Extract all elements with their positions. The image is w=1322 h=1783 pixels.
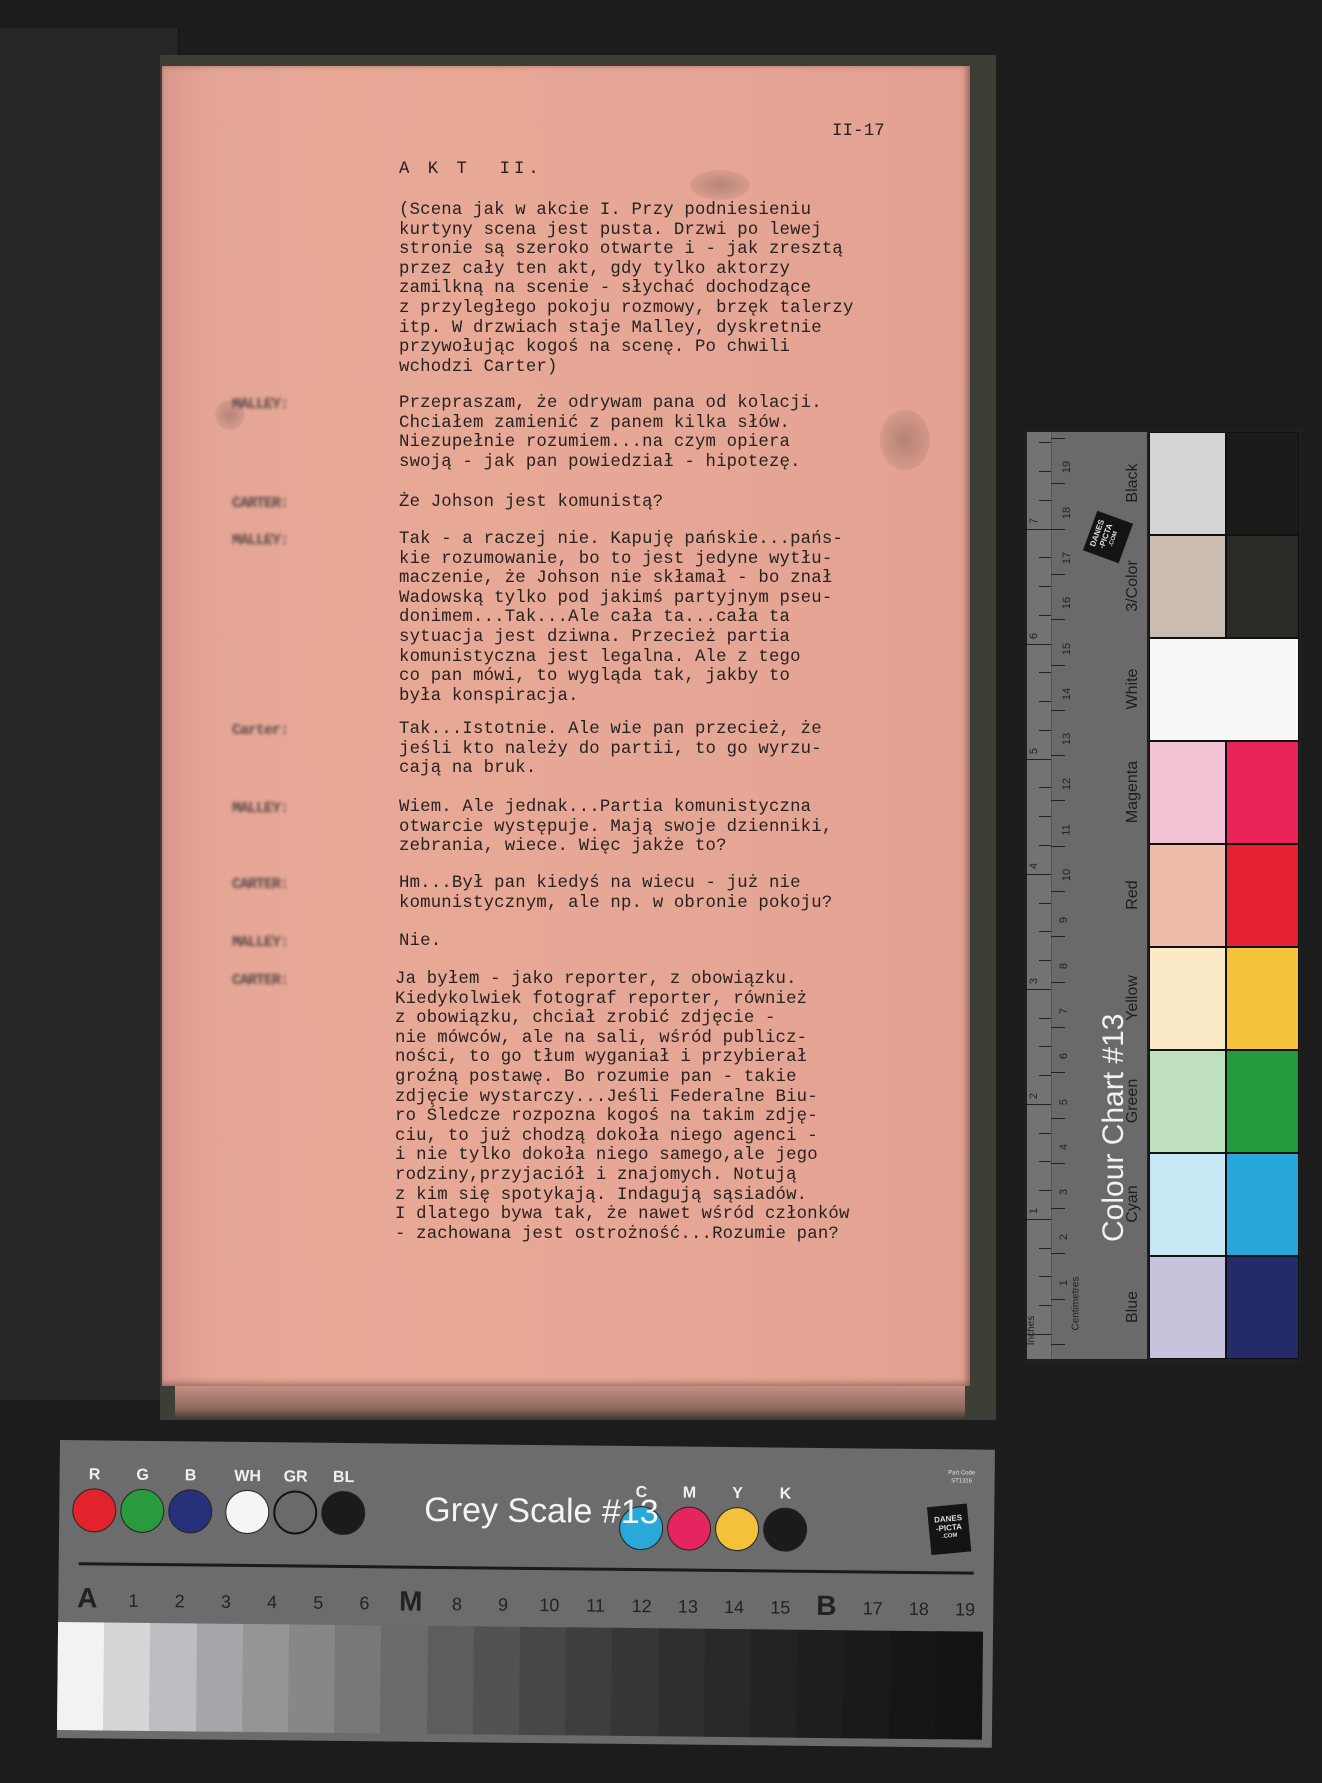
colour-row-label: Green <box>1124 1061 1142 1141</box>
divider-rule <box>79 1562 974 1574</box>
step-label: 11 <box>572 1595 618 1616</box>
colour-row-label: Yellow <box>1124 958 1142 1038</box>
dialogue-line: Tak...Istotnie. Ale wie pan przecież, że… <box>399 720 822 779</box>
dialogue-line: Ja byłem - jako reporter, z obowiązku. K… <box>395 970 850 1244</box>
inch-tick <box>1027 759 1051 760</box>
cm-tick <box>1051 982 1065 983</box>
colour-dot <box>321 1491 365 1535</box>
inch-tick <box>1039 471 1051 472</box>
cm-tick <box>1051 1344 1065 1345</box>
part-code: Part Code ST1316 <box>937 1469 987 1486</box>
cm-tick <box>1051 891 1065 892</box>
cm-tick <box>1051 1072 1065 1073</box>
inch-tick <box>1039 787 1051 788</box>
cm-tick-label: 1 <box>1058 1280 1070 1286</box>
colour-swatch-dark <box>1226 947 1299 1050</box>
colour-swatch-dark <box>1226 1153 1299 1256</box>
dot-label: K <box>763 1485 807 1503</box>
cm-tick <box>1051 438 1065 439</box>
colour-dot <box>72 1488 116 1532</box>
inch-tick <box>1039 730 1051 731</box>
cm-tick-label: 15 <box>1061 642 1073 654</box>
inch-tick <box>1027 644 1051 645</box>
inch-tick <box>1039 1248 1051 1249</box>
inch-tick-label: 6 <box>1028 633 1040 639</box>
grey-scale-card: RGBWHGRBLCMYK Grey Scale #13 Part Code S… <box>57 1440 995 1748</box>
cm-tick-label: 3 <box>1058 1189 1070 1195</box>
step-label: 14 <box>711 1597 757 1618</box>
cm-tick <box>1051 755 1065 756</box>
grey-step-patch <box>611 1628 659 1736</box>
colour-swatch-light <box>1149 1153 1226 1256</box>
speaker-label: Carter: <box>232 722 288 739</box>
inch-tick <box>1039 615 1051 616</box>
step-label: 9 <box>480 1594 526 1615</box>
dialogue-line: Przepraszam, że odrywam pana od kolacji.… <box>399 394 822 472</box>
grey-step-patch <box>889 1631 937 1739</box>
inch-tick <box>1027 1104 1051 1105</box>
grey-step-patch <box>427 1626 475 1734</box>
speaker-label: CARTER: <box>232 495 288 512</box>
dialogue-line: Że Johson jest komunistą? <box>399 493 663 513</box>
book-binding <box>0 28 179 1400</box>
page-edge <box>175 1386 965 1418</box>
grey-step-patch <box>149 1623 197 1731</box>
inch-tick <box>1039 1046 1051 1047</box>
inch-tick <box>1039 557 1051 558</box>
cm-tick <box>1051 529 1065 530</box>
inch-tick <box>1027 989 1051 990</box>
cm-tick-label: 5 <box>1058 1098 1070 1104</box>
ink-smudge <box>880 410 930 470</box>
step-label: 4 <box>249 1592 295 1613</box>
cm-tick-label: 7 <box>1058 1008 1070 1014</box>
cm-tick-label: 16 <box>1061 597 1073 609</box>
step-label: 6 <box>341 1593 387 1614</box>
cm-tick-label: 2 <box>1058 1234 1070 1240</box>
grey-step-patch <box>750 1629 798 1737</box>
inch-tick <box>1039 931 1051 932</box>
stage-direction: (Scena jak w akcie I. Przy podniesieniu … <box>399 201 854 377</box>
cm-tick-label: 10 <box>1061 869 1073 881</box>
cm-tick-label: 9 <box>1058 917 1070 923</box>
colour-dot <box>715 1507 759 1551</box>
cm-tick-label: 17 <box>1061 552 1073 564</box>
cm-tick <box>1051 1027 1065 1028</box>
dialogue-line: Nie. <box>399 932 441 952</box>
colour-swatch-dark <box>1226 741 1299 844</box>
inch-tick <box>1039 1133 1051 1134</box>
inch-tick-label: 2 <box>1028 1093 1040 1099</box>
cm-tick-label: 12 <box>1061 778 1073 790</box>
inch-tick-label: 3 <box>1028 978 1040 984</box>
colour-swatch-light <box>1149 844 1226 947</box>
colour-dot <box>667 1506 711 1550</box>
inch-tick <box>1039 903 1051 904</box>
grey-step-patch <box>380 1625 428 1733</box>
grey-step-patch <box>658 1628 706 1736</box>
inches-label: Inches <box>1026 1316 1037 1345</box>
colour-row-label: Cyan <box>1124 1164 1142 1244</box>
dialogue-line: Wiem. Ale jednak...Partia komunistyczna … <box>399 798 832 857</box>
inch-tick <box>1027 874 1051 875</box>
cm-tick-label: 11 <box>1061 824 1073 835</box>
inch-tick-label: 7 <box>1028 518 1040 524</box>
inch-tick <box>1027 529 1051 530</box>
grey-step-patch <box>103 1622 151 1730</box>
cm-tick-label: 18 <box>1061 506 1073 518</box>
colour-swatch-dark <box>1226 535 1299 638</box>
colour-swatch-light <box>1149 741 1226 844</box>
step-label: 13 <box>665 1596 711 1617</box>
step-label: 5 <box>295 1592 341 1613</box>
colour-swatch-dark <box>1226 432 1299 535</box>
grey-step-patch <box>334 1625 382 1733</box>
dot-label: BL <box>322 1469 366 1487</box>
cm-tick <box>1051 665 1065 666</box>
colour-dot <box>763 1507 807 1551</box>
speaker-label: MALLEY: <box>232 396 288 413</box>
step-label: 18 <box>896 1599 942 1620</box>
colour-row-label: Red <box>1124 855 1142 935</box>
inch-tick <box>1039 442 1051 443</box>
inch-tick-label: 4 <box>1028 863 1040 869</box>
colour-row-label: Magenta <box>1124 752 1142 832</box>
cm-tick-label: 14 <box>1061 688 1073 700</box>
colour-row-label: Black <box>1124 443 1142 523</box>
ink-smudge <box>690 170 750 200</box>
cm-tick <box>1051 483 1065 484</box>
grey-step-patch <box>196 1623 244 1731</box>
step-label: A <box>64 1582 110 1614</box>
inch-tick <box>1039 1190 1051 1191</box>
cm-tick-label: 4 <box>1058 1144 1070 1150</box>
colour-dot <box>168 1489 212 1533</box>
act-title: A K T II. <box>399 160 543 180</box>
dot-label: Y <box>715 1485 759 1503</box>
step-label: 19 <box>942 1599 988 1620</box>
grey-step-patch <box>935 1631 983 1739</box>
colour-swatch-light <box>1149 432 1226 535</box>
inch-tick <box>1039 1276 1051 1277</box>
colour-chart: 123456789101112131415161718191234567 Inc… <box>1023 428 1301 1363</box>
inch-tick <box>1039 672 1051 673</box>
cm-tick-label: 8 <box>1058 963 1070 969</box>
colour-swatch-light <box>1149 535 1226 638</box>
dot-label: WH <box>226 1468 270 1486</box>
colour-swatch <box>1149 638 1299 741</box>
grey-step-patch <box>473 1626 521 1734</box>
grey-step-patch <box>519 1627 567 1735</box>
cm-tick <box>1051 846 1065 847</box>
colour-swatch-dark <box>1226 1256 1299 1359</box>
dot-label: R <box>73 1466 117 1484</box>
inch-tick <box>1039 701 1051 702</box>
cm-tick <box>1051 619 1065 620</box>
colour-swatch-light <box>1149 947 1226 1050</box>
colour-swatch-light <box>1149 1050 1226 1153</box>
step-label: B <box>803 1590 849 1622</box>
danes-picta-logo: DANES-PICTA.COM <box>927 1504 971 1556</box>
centimetres-label: Centimetres <box>1070 1277 1081 1331</box>
inch-tick <box>1039 500 1051 501</box>
inch-tick-label: 1 <box>1028 1208 1040 1214</box>
grey-step-patch <box>704 1629 752 1737</box>
inch-tick <box>1039 1018 1051 1019</box>
dialogue-line: Hm...Był pan kiedyś na wiecu - już nie k… <box>399 874 832 913</box>
inch-scale <box>1027 432 1052 1359</box>
grey-scale-title: Grey Scale #13 <box>424 1491 659 1532</box>
dot-label: M <box>667 1484 711 1502</box>
colour-row-label: White <box>1124 649 1142 729</box>
inch-tick <box>1039 845 1051 846</box>
grey-step-patch <box>57 1622 105 1730</box>
grey-step-patch <box>565 1627 613 1735</box>
grey-step-patch <box>288 1624 336 1732</box>
dot-label: GR <box>274 1468 318 1486</box>
cm-tick <box>1051 1299 1065 1300</box>
speaker-label: MALLEY: <box>232 532 288 549</box>
step-label: 17 <box>850 1598 896 1619</box>
cm-tick <box>1051 1253 1065 1254</box>
colour-row-label: Blue <box>1124 1267 1142 1347</box>
cm-tick <box>1051 1163 1065 1164</box>
step-label: 12 <box>619 1596 665 1617</box>
step-label: 2 <box>157 1591 203 1612</box>
dialogue-line: Tak - a raczej nie. Kapuję pańskie...pań… <box>399 530 843 706</box>
step-label: 8 <box>434 1594 480 1615</box>
colour-swatch-light <box>1149 1256 1226 1359</box>
colour-dot <box>273 1490 317 1534</box>
step-label: 1 <box>110 1591 156 1612</box>
cm-tick <box>1051 710 1065 711</box>
grey-step-patch <box>242 1624 290 1732</box>
speaker-label: MALLEY: <box>232 800 288 817</box>
cm-tick <box>1051 1208 1065 1209</box>
cm-tick-label: 6 <box>1058 1053 1070 1059</box>
inch-tick <box>1039 960 1051 961</box>
cm-tick <box>1051 800 1065 801</box>
inch-tick <box>1039 1305 1051 1306</box>
inch-tick <box>1039 1161 1051 1162</box>
step-label: M <box>388 1585 434 1617</box>
colour-dot <box>120 1489 164 1533</box>
colour-swatch-dark <box>1226 844 1299 947</box>
page-number: II-17 <box>832 122 885 142</box>
cm-tick-label: 19 <box>1061 461 1073 473</box>
inch-tick <box>1039 1075 1051 1076</box>
inch-tick <box>1027 1219 1051 1220</box>
speaker-label: MALLEY: <box>232 934 288 951</box>
colour-dot <box>225 1490 269 1534</box>
dot-label: G <box>121 1467 165 1485</box>
cm-tick <box>1051 1118 1065 1119</box>
inch-tick <box>1039 816 1051 817</box>
inch-tick-label: 5 <box>1028 748 1040 754</box>
grey-step-patch <box>796 1630 844 1738</box>
step-label: 10 <box>526 1595 572 1616</box>
inch-tick <box>1039 586 1051 587</box>
speaker-label: CARTER: <box>232 876 288 893</box>
cm-tick <box>1051 936 1065 937</box>
colour-row-label: 3/Color <box>1124 546 1142 626</box>
step-label: 3 <box>203 1592 249 1613</box>
step-label: 15 <box>757 1597 803 1618</box>
grey-step-patch <box>842 1630 890 1738</box>
dot-label: B <box>169 1467 213 1485</box>
speaker-label: CARTER: <box>232 972 288 989</box>
cm-tick-label: 13 <box>1061 733 1073 745</box>
colour-swatch-dark <box>1226 1050 1299 1153</box>
cm-tick <box>1051 574 1065 575</box>
